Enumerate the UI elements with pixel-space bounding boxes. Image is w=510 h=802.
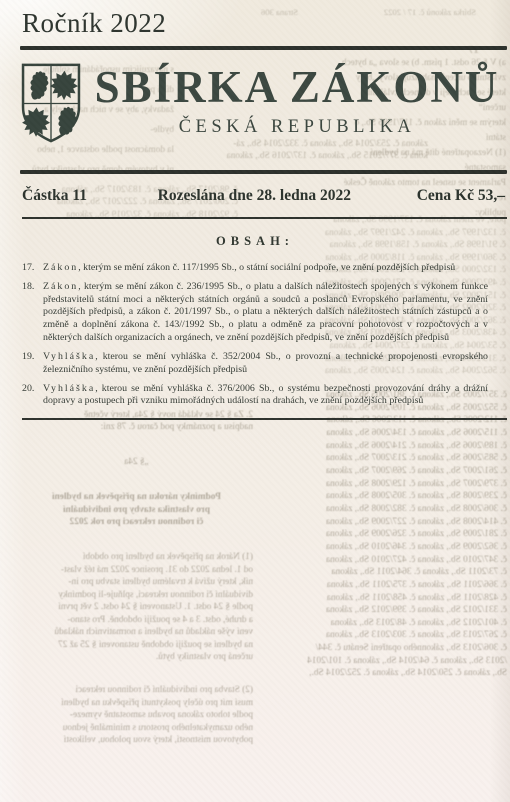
gazette-front-content: Ročník 2022 SBÍRKA ZÁKONŮ ČESKÁ REPUBLIK… bbox=[0, 0, 510, 802]
toc-item-lead: Zákon bbox=[43, 281, 78, 292]
issue-number: Částka 11 bbox=[22, 187, 87, 205]
masthead-title: SBÍRKA ZÁKONŮ bbox=[84, 61, 510, 110]
toc-item-19: 19. Vyhláška, kterou se mění vyhláška č.… bbox=[22, 351, 488, 376]
toc-item-rest: , kterým se mění zákon č. 236/1995 Sb., … bbox=[43, 281, 488, 343]
toc-item-number: 19. bbox=[22, 351, 38, 376]
toc-item-18: 18. Zákon, kterým se mění zákon č. 236/1… bbox=[22, 281, 488, 345]
divider-rule-issue bbox=[22, 217, 507, 219]
toc-item-number: 18. bbox=[22, 281, 38, 345]
issue-info-row: Částka 11 Rozeslána dne 28. ledna 2022 C… bbox=[22, 187, 506, 207]
table-of-contents: OBSAH: 17. Zákon, kterým se mění zákon č… bbox=[22, 234, 488, 409]
distribution-date: Rozeslána dne 28. ledna 2022 bbox=[158, 187, 351, 205]
divider-rule-toc-bottom bbox=[22, 418, 507, 420]
czech-coat-of-arms-icon bbox=[20, 63, 82, 144]
gazette-scanned-page: Strana 306 Sbírka zákonů č. 17 / 2022 17… bbox=[0, 0, 510, 802]
divider-rule-masthead bbox=[20, 170, 507, 174]
divider-rule-top bbox=[20, 46, 507, 50]
toc-item-lead: Vyhláška bbox=[43, 383, 95, 394]
toc-item-20: 20. Vyhláška, kterou se mění vyhláška č.… bbox=[22, 383, 488, 408]
toc-item-text: Vyhláška, kterou se mění vyhláška č. 352… bbox=[43, 351, 488, 376]
toc-item-text: Zákon, kterým se mění zákon č. 236/1995 … bbox=[43, 281, 488, 345]
toc-item-lead: Zákon bbox=[43, 262, 78, 273]
toc-item-lead: Vyhláška bbox=[43, 351, 95, 362]
toc-item-rest: , kterým se mění zákon č. 117/1995 Sb., … bbox=[78, 262, 455, 273]
toc-item-text: Vyhláška, kterou se mění vyhláška č. 376… bbox=[43, 383, 488, 408]
toc-item-rest: , kterou se mění vyhláška č. 352/2004 Sb… bbox=[43, 351, 488, 375]
masthead-subtitle: ČESKÁ REPUBLIKA bbox=[84, 117, 510, 138]
toc-item-17: 17. Zákon, kterým se mění zákon č. 117/1… bbox=[22, 262, 488, 275]
year-label: Ročník 2022 bbox=[22, 8, 510, 39]
toc-item-rest: , kterou se mění vyhláška č. 376/2006 Sb… bbox=[43, 383, 488, 407]
issue-price: Cena Kč 53,– bbox=[417, 187, 505, 205]
toc-heading: OBSAH: bbox=[22, 234, 488, 249]
toc-item-number: 17. bbox=[22, 262, 38, 275]
masthead: SBÍRKA ZÁKONŮ ČESKÁ REPUBLIKA bbox=[0, 61, 510, 163]
toc-item-number: 20. bbox=[22, 383, 38, 408]
toc-item-text: Zákon, kterým se mění zákon č. 117/1995 … bbox=[43, 262, 488, 275]
